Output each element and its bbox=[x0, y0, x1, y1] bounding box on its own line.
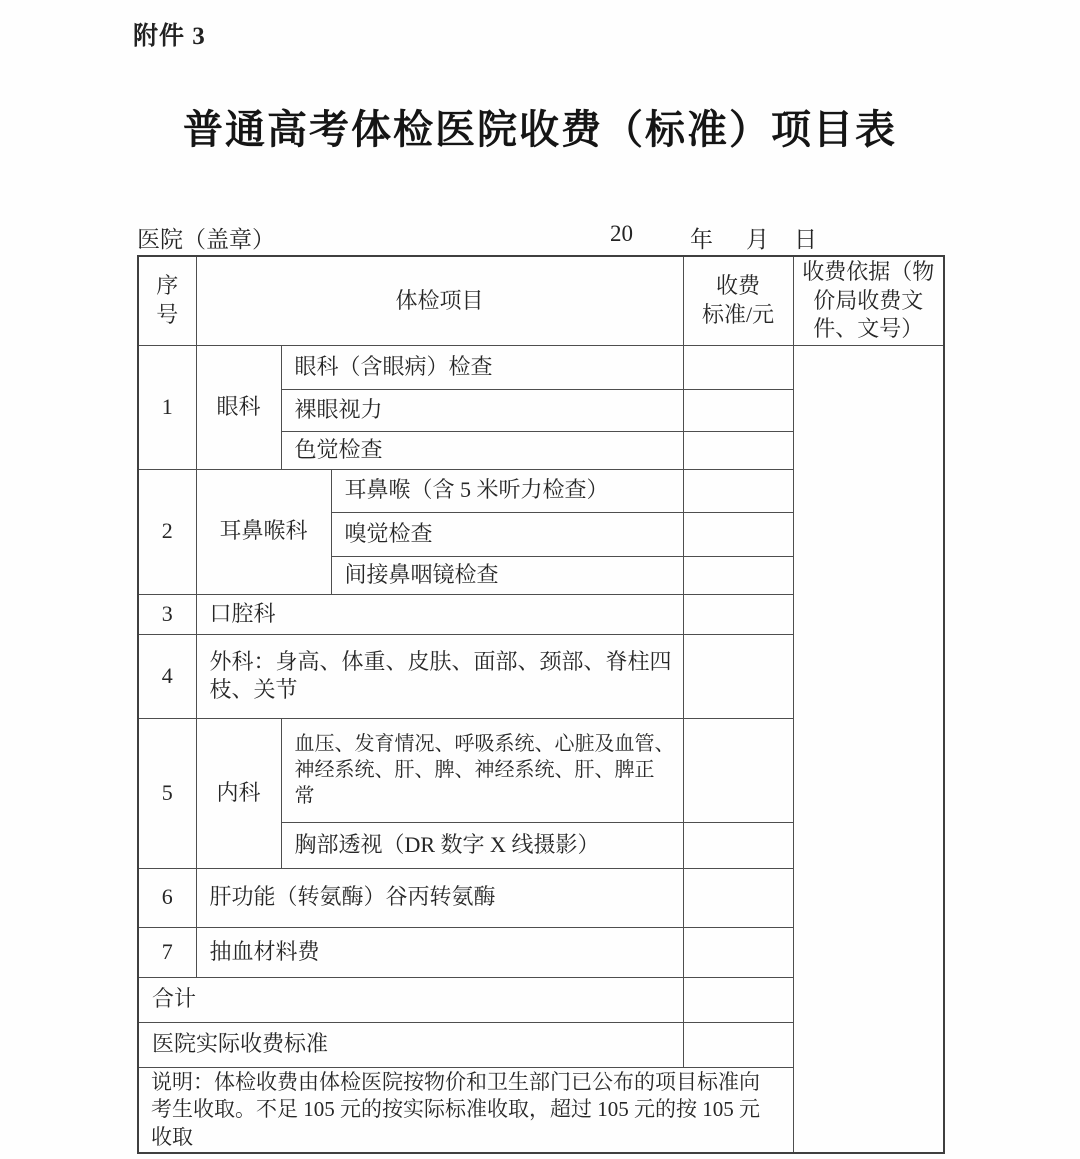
fee-value-cell bbox=[683, 389, 793, 431]
fee-value-cell bbox=[683, 594, 793, 634]
fee-value-cell bbox=[683, 718, 793, 822]
fee-value-cell bbox=[683, 927, 793, 977]
item-cell: 裸眼视力 bbox=[281, 389, 683, 431]
row-number-cell: 6 bbox=[138, 868, 196, 927]
fee-value-cell bbox=[683, 868, 793, 927]
row-number-cell: 2 bbox=[138, 469, 196, 594]
row-number-cell: 5 bbox=[138, 718, 196, 868]
col-header-basis: 收费依据（物 价局收费文 件、文号） bbox=[793, 256, 944, 345]
fee-value-cell bbox=[683, 977, 793, 1022]
page-title: 普通高考体检医院收费（标准）项目表 bbox=[0, 98, 1080, 155]
dept-cell: 眼科 bbox=[196, 345, 281, 469]
item-cell: 色觉检查 bbox=[281, 431, 683, 469]
year-label: 年 bbox=[690, 221, 713, 254]
fee-value-cell bbox=[683, 1022, 793, 1067]
item-cell: 肝功能（转氨酶）谷丙转氨酶 bbox=[196, 868, 683, 927]
fee-value-cell bbox=[683, 512, 793, 556]
month-label: 月 bbox=[746, 221, 769, 254]
note-cell: 说明：体检收费由体检医院按物价和卫生部门已公布的项目标准向 考生收取。不足 10… bbox=[138, 1067, 793, 1153]
fee-table: 序 号 体检项目 收费 标准/元 收费依据（物 价局收费文 件、文号） 1 眼科… bbox=[137, 255, 945, 1154]
item-cell: 耳鼻喉（含 5 米听力检查） bbox=[331, 469, 683, 512]
year-prefix: 20 bbox=[610, 221, 633, 247]
fee-value-cell bbox=[683, 634, 793, 718]
row-number-cell: 1 bbox=[138, 345, 196, 469]
row-number-cell: 7 bbox=[138, 927, 196, 977]
day-label: 日 bbox=[794, 221, 817, 254]
hospital-seal-label: 医院（盖章） bbox=[137, 221, 275, 254]
row-number-cell: 3 bbox=[138, 594, 196, 634]
date-line: 医院（盖章） 20 年 月 日 bbox=[137, 221, 943, 253]
item-cell: 眼科（含眼病）检查 bbox=[281, 345, 683, 389]
fee-value-cell bbox=[683, 469, 793, 512]
col-header-fee: 收费 标准/元 bbox=[683, 256, 793, 345]
item-cell: 外科：身高、体重、皮肤、面部、颈部、脊柱四 枝、关节 bbox=[196, 634, 683, 718]
dept-cell: 内科 bbox=[196, 718, 281, 868]
item-cell: 间接鼻咽镜检查 bbox=[331, 556, 683, 594]
fee-value-cell bbox=[683, 345, 793, 389]
item-cell: 抽血材料费 bbox=[196, 927, 683, 977]
col-header-item: 体检项目 bbox=[196, 256, 683, 345]
scanned-document-page: 附件 3 普通高考体检医院收费（标准）项目表 医院（盖章） 20 年 月 日 序… bbox=[0, 0, 1080, 1159]
item-cell: 口腔科 bbox=[196, 594, 683, 634]
row-number-cell: 4 bbox=[138, 634, 196, 718]
fee-value-cell bbox=[683, 431, 793, 469]
fee-value-cell bbox=[683, 556, 793, 594]
attachment-label: 附件 3 bbox=[133, 16, 206, 52]
item-cell: 血压、发育情况、呼吸系统、心脏及血管、 神经系统、肝、脾、神经系统、肝、脾正 常 bbox=[281, 718, 683, 822]
item-cell: 胸部透视（DR 数字 X 线摄影） bbox=[281, 822, 683, 868]
dept-cell: 耳鼻喉科 bbox=[196, 469, 331, 594]
col-header-index: 序 号 bbox=[138, 256, 196, 345]
basis-value-cell bbox=[793, 345, 944, 1153]
fee-value-cell bbox=[683, 822, 793, 868]
actual-fee-label-cell: 医院实际收费标准 bbox=[138, 1022, 683, 1067]
total-label-cell: 合计 bbox=[138, 977, 683, 1022]
item-cell: 嗅觉检查 bbox=[331, 512, 683, 556]
